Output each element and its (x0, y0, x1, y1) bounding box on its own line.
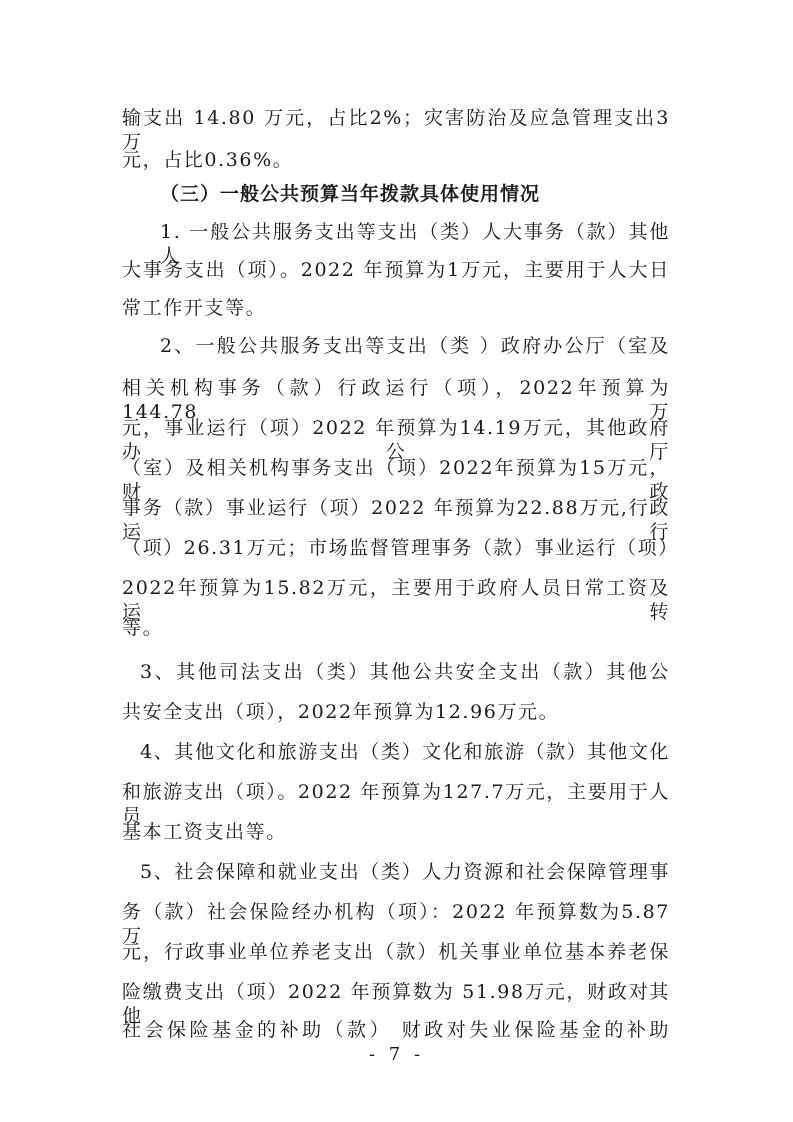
paragraph-line: 3、其他司法支出（类）其他公共安全支出（款）其他公 (140, 660, 670, 684)
paragraph-line: 5、社会保障和就业支出（类）人力资源和社会保障管理事 (140, 860, 670, 884)
paragraph-line: 基本工资支出等。 (122, 820, 670, 844)
paragraph-line: 4、其他文化和旅游支出（类）文化和旅游（款）其他文化 (140, 740, 670, 764)
paragraph-line: 元，占比0.36%。 (122, 148, 670, 172)
paragraph-line: 等。 (122, 616, 670, 640)
paragraph-line: 社会保险基金的补助（款） 财政对失业保险基金的补助 (122, 1018, 670, 1042)
paragraph-line: （项）26.31万元；市场监督管理事务（款）事业运行（项） (122, 536, 670, 560)
paragraph-line: 输支出 14.80 万元，占比2%；灾害防治及应急管理支出3万 (122, 106, 670, 154)
paragraph-line: 元，行政事业单位养老支出（款）机关事业单位基本养老保 (122, 940, 670, 964)
paragraph-line: 共安全支出（项），2022年预算为12.96万元。 (122, 700, 670, 724)
section-heading: （三）一般公共预算当年拨款具体使用情况 (160, 182, 708, 206)
document-page: 输支出 14.80 万元，占比2%；灾害防治及应急管理支出3万 元，占比0.36… (0, 0, 793, 1122)
paragraph-line: 大事务支出（项）。2022 年预算为1万元，主要用于人大日 (122, 258, 670, 282)
paragraph-line: 常工作开支等。 (122, 296, 670, 320)
paragraph-line: 2、一般公共服务支出等支出（类 ）政府办公厅（室及 (160, 334, 670, 358)
page-number: - 7 - (0, 1044, 793, 1066)
